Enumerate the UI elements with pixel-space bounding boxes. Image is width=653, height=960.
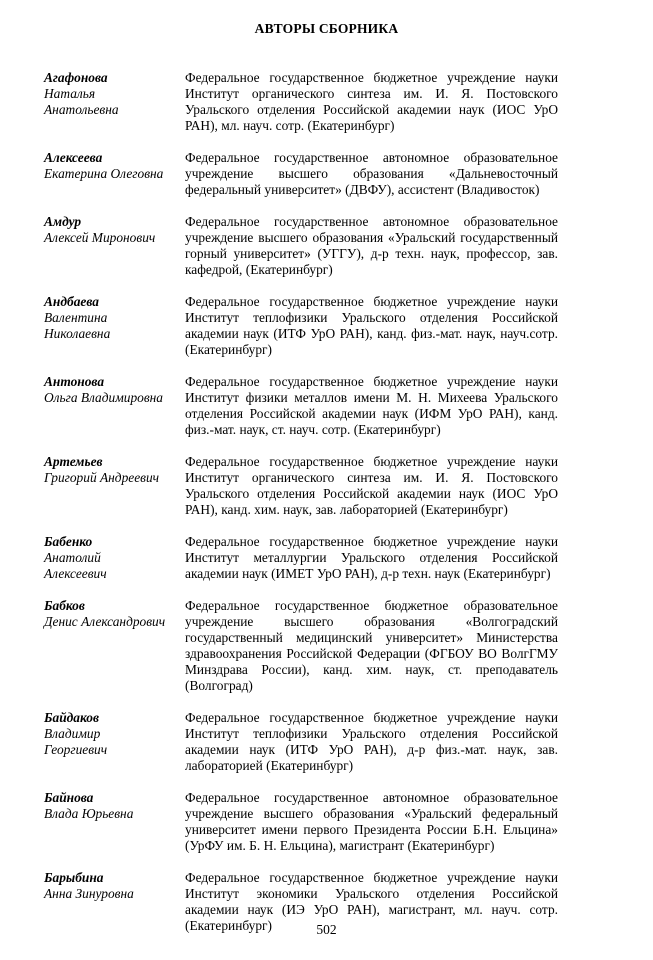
author-affiliation: Федеральное государственное бюджетное уч… [185,454,558,518]
page-number: 502 [0,922,653,938]
author-given-name: Валентина [44,310,185,326]
author-name: АмдурАлексей Миронович [44,214,185,278]
author-surname: Байнова [44,790,185,806]
author-entry: БайдаковВладимирГеоргиевичФедеральное го… [44,710,558,774]
author-given-name: Влада Юрьевна [44,806,185,822]
author-surname: Артемьев [44,454,185,470]
author-surname: Байдаков [44,710,185,726]
page-title: АВТОРЫ СБОРНИКА [0,21,653,37]
author-affiliation: Федеральное государственное бюджетное об… [185,598,558,694]
author-surname: Бабенко [44,534,185,550]
author-entry: БабенкоАнатолийАлексеевичФедеральное гос… [44,534,558,582]
author-affiliation: Федеральное государственное бюджетное уч… [185,710,558,774]
author-name: АнтоноваОльга Владимировна [44,374,185,438]
author-name: АндбаеваВалентинаНиколаевна [44,294,185,358]
author-given-name: Георгиевич [44,742,185,758]
author-name: БайдаковВладимирГеоргиевич [44,710,185,774]
author-affiliation: Федеральное государственное бюджетное уч… [185,294,558,358]
author-affiliation: Федеральное государственное автономное о… [185,214,558,278]
author-given-name: Алексей Миронович [44,230,185,246]
author-given-name: Екатерина Олеговна [44,166,185,182]
author-entry: АртемьевГригорий АндреевичФедеральное го… [44,454,558,518]
author-entry: БайноваВлада ЮрьевнаФедеральное государс… [44,790,558,854]
author-surname: Бабков [44,598,185,614]
author-given-name: Наталья [44,86,185,102]
author-entry: АлексееваЕкатерина ОлеговнаФедеральное г… [44,150,558,198]
author-name: АртемьевГригорий Андреевич [44,454,185,518]
authors-list: АгафоноваНатальяАнатольевнаФедеральное г… [44,70,558,950]
author-given-name: Григорий Андреевич [44,470,185,486]
author-given-name: Владимир [44,726,185,742]
author-surname: Амдур [44,214,185,230]
author-given-name: Ольга Владимировна [44,390,185,406]
author-name: АлексееваЕкатерина Олеговна [44,150,185,198]
author-affiliation: Федеральное государственное бюджетное уч… [185,374,558,438]
author-name: БабковДенис Александрович [44,598,185,694]
author-given-name: Анна Зинуровна [44,886,185,902]
author-given-name: Денис Александрович [44,614,185,630]
author-name: АгафоноваНатальяАнатольевна [44,70,185,134]
author-given-name: Николаевна [44,326,185,342]
author-given-name: Анатольевна [44,102,185,118]
author-affiliation: Федеральное государственное автономное о… [185,790,558,854]
author-entry: АмдурАлексей МироновичФедеральное госуда… [44,214,558,278]
author-entry: БабковДенис АлександровичФедеральное гос… [44,598,558,694]
author-surname: Агафонова [44,70,185,86]
author-surname: Алексеева [44,150,185,166]
author-entry: АнтоноваОльга ВладимировнаФедеральное го… [44,374,558,438]
author-name: БабенкоАнатолийАлексеевич [44,534,185,582]
author-surname: Антонова [44,374,185,390]
author-surname: Барыбина [44,870,185,886]
author-name: БайноваВлада Юрьевна [44,790,185,854]
author-entry: АгафоноваНатальяАнатольевнаФедеральное г… [44,70,558,134]
author-affiliation: Федеральное государственное бюджетное уч… [185,70,558,134]
author-entry: АндбаеваВалентинаНиколаевнаФедеральное г… [44,294,558,358]
author-surname: Андбаева [44,294,185,310]
author-given-name: Алексеевич [44,566,185,582]
author-given-name: Анатолий [44,550,185,566]
author-affiliation: Федеральное государственное автономное о… [185,150,558,198]
author-affiliation: Федеральное государственное бюджетное уч… [185,534,558,582]
